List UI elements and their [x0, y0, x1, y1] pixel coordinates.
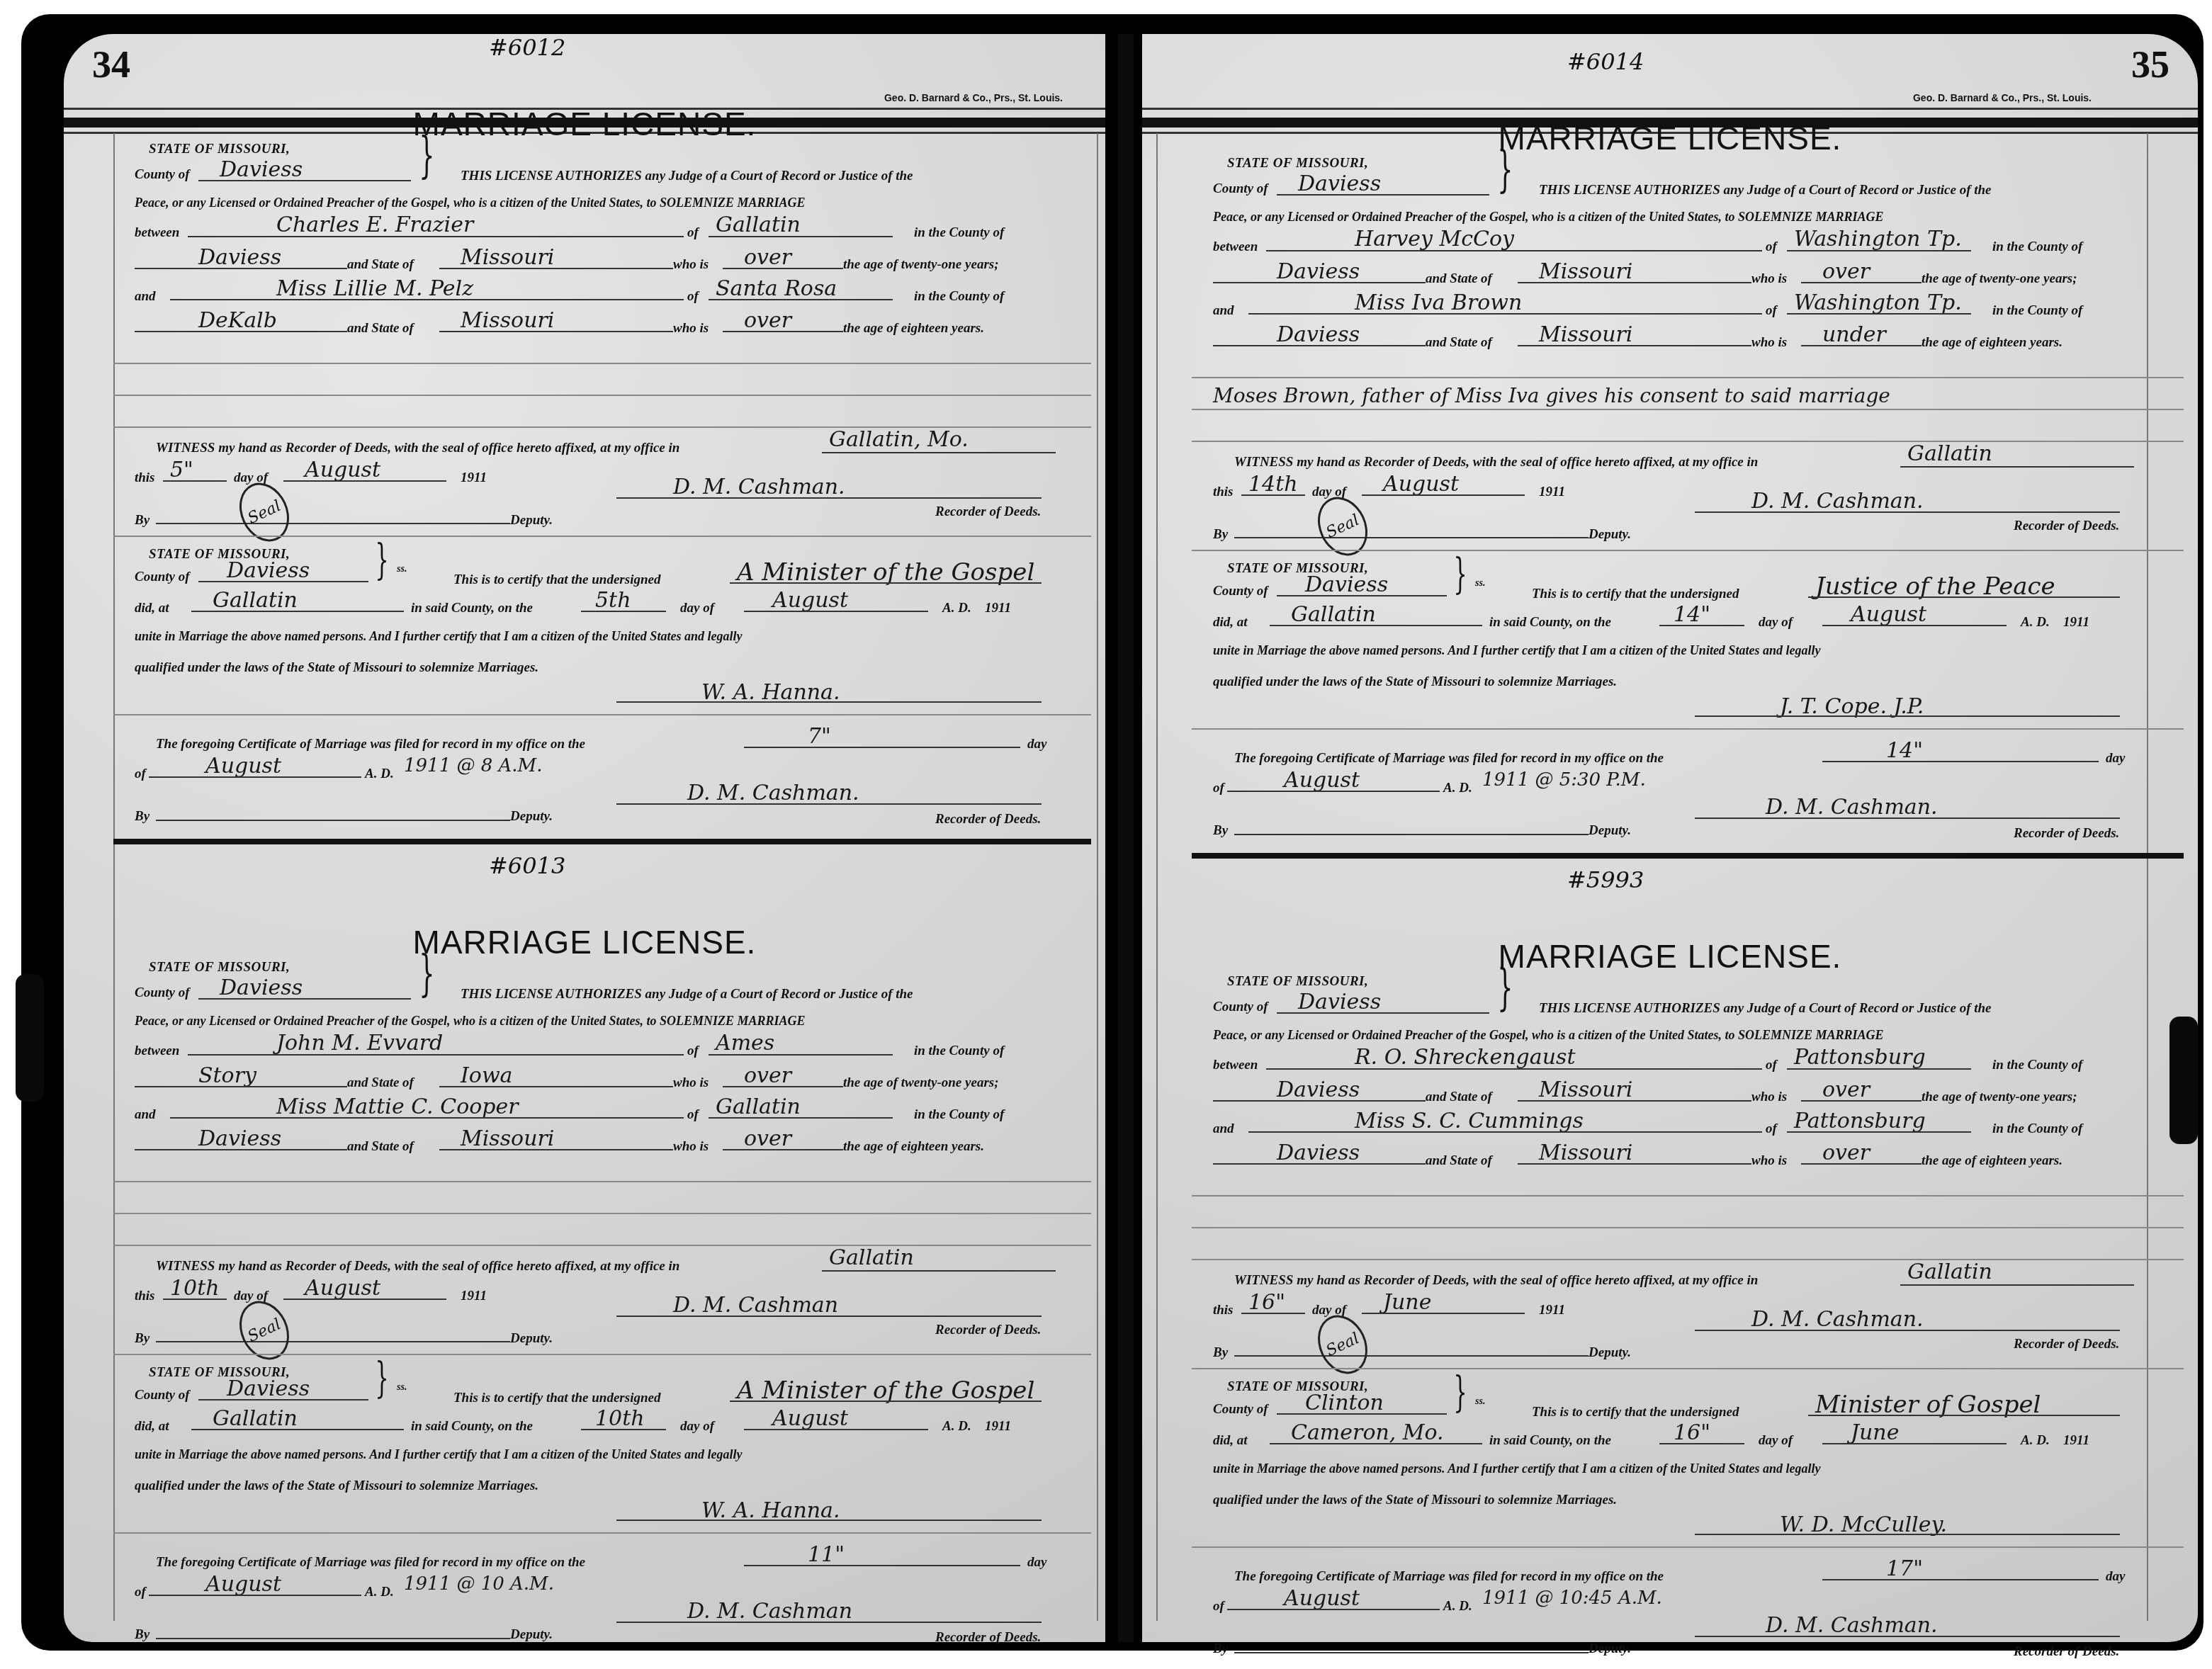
who-is-label: who is — [1751, 1153, 1787, 1169]
field-line — [439, 331, 673, 332]
filed-year-time: 1911 @ 10:45 A.M. — [1482, 1588, 1662, 1609]
cert-place: Gallatin — [1291, 602, 1376, 627]
right-page: 35 Geo. D. Barnard & Co., Prs., St. Loui… — [1142, 34, 2198, 1642]
field-line — [581, 1429, 666, 1430]
who-is-label: who is — [1751, 271, 1787, 287]
field-line — [1900, 466, 2134, 468]
unite-text: unite in Marriage the above named person… — [1213, 643, 1820, 658]
groom-county: Daviess — [198, 245, 281, 270]
of-label: of — [1766, 1058, 1777, 1073]
recorder-label: Recorder of Deeds. — [935, 1630, 1041, 1646]
deputy-label: Deputy. — [510, 809, 553, 825]
bride-state: Missouri — [1539, 322, 1632, 347]
bride-age: over — [1822, 1141, 1870, 1165]
foregoing-text: The foregoing Certificate of Marriage wa… — [1234, 1569, 1664, 1585]
ruled-line — [113, 1354, 1091, 1355]
field-line — [723, 331, 843, 332]
issued-day: 14th — [1248, 472, 1298, 497]
by-label: By — [135, 809, 149, 825]
witness-office: Gallatin — [829, 1245, 914, 1270]
recorder-label: Recorder of Deeds. — [2014, 1644, 2119, 1660]
license-number: #6012 — [489, 34, 565, 61]
ruled-line — [1192, 1368, 2184, 1369]
day-of-label: day of — [680, 601, 714, 616]
field-line — [149, 776, 361, 778]
state-heading: STATE OF MISSOURI, — [1227, 156, 1368, 171]
groom-town: Ames — [716, 1031, 774, 1056]
field-line — [439, 268, 673, 269]
of-label: of — [135, 1585, 146, 1600]
deputy-label: Deputy. — [1589, 1345, 1631, 1361]
signature-line — [616, 497, 1042, 499]
ruled-line — [1192, 550, 2184, 551]
field-line — [822, 1270, 1056, 1272]
issued-year: 1911 — [461, 470, 487, 486]
field-line — [1801, 345, 1922, 346]
cert-day: 16" — [1674, 1420, 1710, 1445]
ad-label: A. D. — [2021, 615, 2050, 630]
age-18-label: the age of eighteen years. — [1922, 1153, 2063, 1169]
county-label: County of — [1213, 584, 1268, 599]
authorizes-line-2: Peace, or any Licensed or Ordained Preac… — [135, 1014, 806, 1029]
signature-line — [1695, 1636, 2120, 1637]
field-line — [1277, 1012, 1489, 1014]
groom-town: Washington Tp. — [1794, 227, 1962, 251]
recorder-signature: D. M. Cashman — [673, 1293, 838, 1318]
cert-month: August — [772, 588, 848, 613]
of-label: of — [687, 1107, 699, 1123]
field-line — [1213, 282, 1426, 283]
header-rule — [1142, 108, 2198, 110]
this-label: this — [135, 470, 155, 486]
field-line — [1213, 1163, 1426, 1165]
field-line — [1241, 494, 1305, 496]
signature-line — [1695, 715, 2120, 717]
field-line — [191, 1429, 404, 1430]
filed-signature: D. M. Cashman — [687, 1599, 852, 1624]
ad-label: A. D. — [942, 1419, 971, 1435]
ruled-line — [1192, 409, 2184, 410]
field-line — [1518, 345, 1751, 346]
field-line — [723, 1086, 843, 1087]
who-is-label: who is — [673, 1075, 709, 1091]
filed-month: August — [1284, 768, 1360, 793]
certify-text: This is to certify that the undersigned — [453, 572, 660, 588]
county-label: County of — [135, 1388, 190, 1403]
ruled-line — [1192, 1195, 2184, 1196]
groom-town: Gallatin — [716, 213, 801, 237]
groom-state: Missouri — [1539, 1077, 1632, 1102]
filed-day: 7" — [808, 724, 831, 749]
ruled-line — [1192, 441, 2184, 442]
field-line — [730, 582, 1042, 584]
field-line — [156, 1638, 510, 1639]
cert-place: Gallatin — [213, 588, 298, 613]
brace: } — [1454, 553, 1467, 595]
field-line — [1277, 1413, 1447, 1415]
page-number: 34 — [92, 43, 130, 86]
by-label: By — [135, 1331, 149, 1347]
cert-year: 1911 — [985, 1419, 1011, 1435]
bride-county: DeKalb — [198, 308, 277, 333]
state-of-label: and State of — [347, 257, 414, 273]
authorizes-line-2: Peace, or any Licensed or Ordained Preac… — [1213, 1028, 1884, 1043]
groom-county: Daviess — [1277, 1077, 1360, 1102]
license-title: MARRIAGE LICENSE. — [64, 923, 1105, 961]
field-line — [1248, 313, 1762, 315]
by-label: By — [1213, 1641, 1228, 1657]
issued-day: 5" — [170, 458, 193, 482]
field-line — [581, 611, 666, 612]
signature-line — [616, 701, 1042, 703]
county-of-label: in the County of — [914, 289, 1004, 305]
day-label: day — [2106, 751, 2125, 766]
day-of-label: day of — [1759, 1433, 1793, 1449]
license-title: MARRIAGE LICENSE. — [1142, 119, 2198, 157]
printer-imprint: Geo. D. Barnard & Co., Prs., St. Louis. — [884, 92, 1063, 103]
signature-line — [1695, 817, 2120, 819]
foregoing-text: The foregoing Certificate of Marriage wa… — [156, 1555, 585, 1571]
ad-label: A. D. — [1443, 1599, 1472, 1614]
brace: } — [419, 130, 434, 180]
county-of-label: in the County of — [914, 225, 1004, 241]
field-line — [188, 1054, 684, 1056]
field-line — [1822, 625, 2007, 626]
recorder-label: Recorder of Deeds. — [935, 504, 1041, 520]
field-line — [1234, 834, 1589, 835]
book-gutter — [1118, 34, 1134, 1642]
county-of-label: in the County of — [914, 1107, 1004, 1123]
of-label: of — [1766, 303, 1777, 319]
recorder-signature: D. M. Cashman. — [1751, 489, 1924, 514]
qualified-text: qualified under the laws of the State of… — [1213, 674, 1617, 690]
bride-town: Pattonsburg — [1794, 1109, 1926, 1133]
state-of-label: and State of — [347, 1075, 414, 1091]
issued-day: 10th — [170, 1276, 220, 1301]
foregoing-text: The foregoing Certificate of Marriage wa… — [156, 737, 585, 752]
field-line — [1362, 1313, 1525, 1314]
county-label: County of — [1213, 1000, 1268, 1015]
ruled-line — [1192, 1546, 2184, 1548]
field-line — [1801, 1163, 1922, 1165]
day-of-label: day of — [1759, 615, 1793, 630]
field-line — [135, 1086, 347, 1087]
deputy-label: Deputy. — [510, 513, 553, 528]
field-line — [744, 747, 1020, 748]
index-tab-left — [16, 974, 44, 1102]
filed-year-time: 1911 @ 8 A.M. — [404, 755, 542, 776]
license-number: #6013 — [489, 852, 565, 879]
and-label: and — [1213, 1121, 1234, 1137]
did-at-label: did, at — [135, 1419, 169, 1435]
county-of-label: in the County of — [1992, 1121, 2082, 1137]
filed-day: 11" — [808, 1542, 845, 1567]
groom-state: Iowa — [461, 1063, 512, 1088]
county-label: County of — [135, 985, 190, 1001]
of-label: of — [1766, 239, 1777, 255]
brace: } — [1497, 963, 1513, 1012]
license-title: MARRIAGE LICENSE. — [1142, 937, 2198, 975]
field-line — [1822, 761, 2099, 762]
groom-county: Daviess — [1277, 259, 1360, 284]
field-line — [1270, 625, 1482, 626]
qualified-text: qualified under the laws of the State of… — [1213, 1493, 1617, 1508]
between-label: between — [1213, 1058, 1258, 1073]
authorizes-line-2: Peace, or any Licensed or Ordained Preac… — [1213, 210, 1884, 225]
field-line — [1362, 494, 1525, 496]
ad-label: A. D. — [1443, 781, 1472, 796]
county-value: Daviess — [1298, 990, 1381, 1014]
field-line — [1270, 1443, 1482, 1444]
issued-year: 1911 — [461, 1289, 487, 1304]
authorizes-line-1: THIS LICENSE AUTHORIZES any Judge of a C… — [1539, 183, 1992, 198]
field-line — [1518, 282, 1751, 283]
field-line — [163, 480, 227, 482]
field-line — [156, 523, 510, 524]
signature-line — [616, 803, 1042, 805]
field-line — [1266, 250, 1762, 251]
ruled-line — [113, 1245, 1091, 1246]
field-line — [170, 1117, 684, 1119]
field-line — [283, 1299, 446, 1300]
license-number: #6014 — [1567, 48, 1644, 75]
field-line — [1234, 537, 1589, 538]
field-line — [135, 1149, 347, 1150]
field-line — [1808, 596, 2120, 598]
between-label: between — [135, 1043, 179, 1059]
witness-office: Gallatin — [1907, 441, 1992, 466]
field-line — [1900, 1284, 2134, 1286]
bride-name: Miss Mattie C. Cooper — [276, 1094, 519, 1119]
signature-line — [1695, 1534, 2120, 1535]
county-value: Daviess — [220, 157, 303, 182]
recorder-label: Recorder of Deeds. — [935, 812, 1041, 827]
signature-line — [1695, 1330, 2120, 1331]
deputy-label: Deputy. — [1589, 823, 1631, 839]
field-line — [1241, 1313, 1305, 1314]
qualified-text: qualified under the laws of the State of… — [135, 660, 538, 676]
cert-county: Clinton — [1305, 1391, 1384, 1415]
field-line — [1518, 1163, 1751, 1165]
bride-age: over — [744, 308, 791, 333]
page-number: 35 — [2131, 43, 2169, 86]
field-line — [135, 268, 347, 269]
issued-year: 1911 — [1539, 485, 1565, 500]
field-line — [156, 1341, 510, 1342]
deputy-label: Deputy. — [510, 1627, 553, 1643]
issued-year: 1911 — [1539, 1303, 1565, 1318]
cert-county: Daviess — [227, 1376, 310, 1401]
brace: } — [376, 538, 389, 581]
cert-year: 1911 — [985, 601, 1011, 616]
bride-state: Missouri — [461, 1126, 554, 1151]
ss-label: ss. — [397, 1382, 407, 1393]
field-line — [1659, 625, 1744, 626]
filed-signature: D. M. Cashman. — [1766, 795, 1938, 820]
groom-age: over — [744, 1063, 791, 1088]
bride-name: Miss S. C. Cummings — [1355, 1109, 1584, 1133]
license-separator — [1192, 853, 2184, 859]
recorder-label: Recorder of Deeds. — [2014, 1337, 2119, 1352]
authorizes-line-1: THIS LICENSE AUTHORIZES any Judge of a C… — [461, 987, 913, 1002]
day-label: day — [1027, 737, 1046, 752]
cert-day: 10th — [595, 1406, 645, 1431]
recorder-label: Recorder of Deeds. — [935, 1323, 1041, 1338]
state-heading: STATE OF MISSOURI, — [1227, 974, 1368, 990]
witness-text: WITNESS my hand as Recorder of Deeds, wi… — [156, 441, 679, 456]
issued-month: August — [305, 1276, 380, 1301]
bride-age: under — [1822, 322, 1886, 347]
signature-line — [616, 1316, 1042, 1317]
field-line — [135, 331, 347, 332]
ruled-line — [1192, 1227, 2184, 1228]
county-label: County of — [135, 167, 190, 183]
age-21-label: the age of twenty-one years; — [843, 1075, 999, 1091]
witness-office: Gallatin — [1907, 1260, 1992, 1284]
ad-label: A. D. — [2021, 1433, 2050, 1449]
and-label: and — [135, 1107, 156, 1123]
of-label: of — [1213, 781, 1224, 796]
county-value: Daviess — [220, 975, 303, 1000]
of-label: of — [687, 1043, 699, 1059]
by-label: By — [1213, 1345, 1228, 1361]
by-label: By — [135, 1627, 149, 1643]
groom-name: R. O. Shreckengaust — [1355, 1045, 1575, 1070]
in-said-county-label: in said County, on the — [1489, 615, 1611, 630]
recorder-signature: D. M. Cashman. — [1751, 1307, 1924, 1332]
certify-text: This is to certify that the undersigned — [1532, 587, 1739, 602]
county-label: County of — [1213, 1402, 1268, 1418]
groom-state: Missouri — [461, 245, 554, 270]
field-line — [1277, 194, 1489, 196]
field-line — [744, 1429, 928, 1430]
county-value: Daviess — [1298, 171, 1381, 196]
ss-label: ss. — [1475, 578, 1485, 589]
field-line — [709, 299, 893, 300]
field-line — [1277, 595, 1447, 596]
who-is-label: who is — [1751, 1090, 1787, 1105]
certify-text: This is to certify that the undersigned — [1532, 1405, 1739, 1420]
field-line — [730, 1401, 1042, 1402]
field-line — [1248, 1131, 1762, 1133]
margin-line — [2147, 133, 2148, 1621]
who-is-label: who is — [673, 1139, 709, 1155]
cert-month: June — [1851, 1420, 1899, 1445]
margin-line — [1097, 133, 1098, 1621]
unite-text: unite in Marriage the above named person… — [1213, 1461, 1820, 1476]
this-label: this — [135, 1289, 155, 1304]
between-label: between — [1213, 239, 1258, 255]
did-at-label: did, at — [135, 601, 169, 616]
state-of-label: and State of — [1426, 1153, 1492, 1169]
field-line — [283, 480, 446, 482]
field-line — [188, 236, 684, 237]
age-21-label: the age of twenty-one years; — [1922, 271, 2077, 287]
field-line — [191, 611, 404, 612]
field-line — [1787, 313, 1971, 315]
in-said-county-label: in said County, on the — [1489, 1433, 1611, 1449]
issued-month: August — [305, 458, 380, 482]
field-line — [1801, 282, 1922, 283]
bride-county: Daviess — [1277, 1141, 1360, 1165]
witness-text: WITNESS my hand as Recorder of Deeds, wi… — [156, 1259, 679, 1274]
field-line — [744, 1565, 1020, 1566]
groom-age: over — [744, 245, 791, 270]
qualified-text: qualified under the laws of the State of… — [135, 1478, 538, 1494]
ad-label: A. D. — [942, 601, 971, 616]
field-line — [1822, 1579, 2099, 1580]
issued-day: 16" — [1248, 1290, 1285, 1315]
ruled-line — [1192, 728, 2184, 730]
bride-state: Missouri — [461, 308, 554, 333]
ledger-book: 34 Geo. D. Barnard & Co., Prs., St. Loui… — [21, 14, 2203, 1651]
field-line — [198, 180, 411, 181]
field-line — [1787, 1131, 1971, 1133]
groom-name: John M. Evvard — [276, 1031, 443, 1056]
bride-town: Santa Rosa — [716, 276, 837, 301]
foregoing-text: The foregoing Certificate of Marriage wa… — [1234, 751, 1664, 766]
county-label: County of — [135, 570, 190, 585]
cert-day: 14" — [1674, 602, 1710, 627]
brace: } — [376, 1357, 389, 1399]
deputy-label: Deputy. — [1589, 527, 1631, 543]
ruled-line — [113, 395, 1091, 396]
cert-place: Gallatin — [213, 1406, 298, 1431]
filed-month: August — [205, 754, 281, 779]
day-of-label: day of — [680, 1419, 714, 1435]
field-line — [1787, 250, 1971, 251]
cert-county: Daviess — [227, 558, 310, 583]
by-label: By — [1213, 823, 1228, 839]
field-line — [1787, 1068, 1971, 1070]
state-of-label: and State of — [347, 321, 414, 336]
field-line — [1266, 1068, 1762, 1070]
brace: } — [1454, 1371, 1467, 1413]
who-is-label: who is — [673, 321, 709, 336]
brace: } — [419, 949, 434, 998]
cert-place: Cameron, Mo. — [1291, 1420, 1444, 1445]
day-label: day — [1027, 1555, 1046, 1571]
recorder-label: Recorder of Deeds. — [2014, 826, 2119, 842]
field-line — [156, 820, 510, 821]
field-line — [744, 611, 928, 612]
witness-text: WITNESS my hand as Recorder of Deeds, wi… — [1234, 1273, 1758, 1289]
signature-line — [616, 1520, 1042, 1521]
bride-town: Gallatin — [716, 1094, 801, 1119]
brace: } — [1497, 145, 1513, 194]
authorizes-line-2: Peace, or any Licensed or Ordained Preac… — [135, 196, 806, 210]
ruled-line — [113, 536, 1091, 537]
filed-day: 14" — [1886, 738, 1923, 763]
signature-line — [1695, 511, 2120, 513]
and-label: and — [135, 289, 156, 305]
recorder-signature: D. M. Cashman. — [673, 475, 845, 499]
age-21-label: the age of twenty-one years; — [1922, 1090, 2077, 1105]
who-is-label: who is — [673, 257, 709, 273]
bride-age: over — [744, 1126, 791, 1151]
by-label: By — [1213, 527, 1228, 543]
recorder-label: Recorder of Deeds. — [2014, 519, 2119, 534]
authorizes-line-1: THIS LICENSE AUTHORIZES any Judge of a C… — [1539, 1001, 1992, 1017]
field-line — [1227, 791, 1440, 792]
did-at-label: did, at — [1213, 615, 1248, 630]
groom-state: Missouri — [1539, 259, 1632, 284]
of-label: of — [135, 766, 146, 782]
groom-county: Story — [198, 1063, 256, 1088]
deputy-label: Deputy. — [1589, 1641, 1631, 1657]
ruled-line — [113, 1213, 1091, 1214]
ruled-line — [113, 1532, 1091, 1534]
